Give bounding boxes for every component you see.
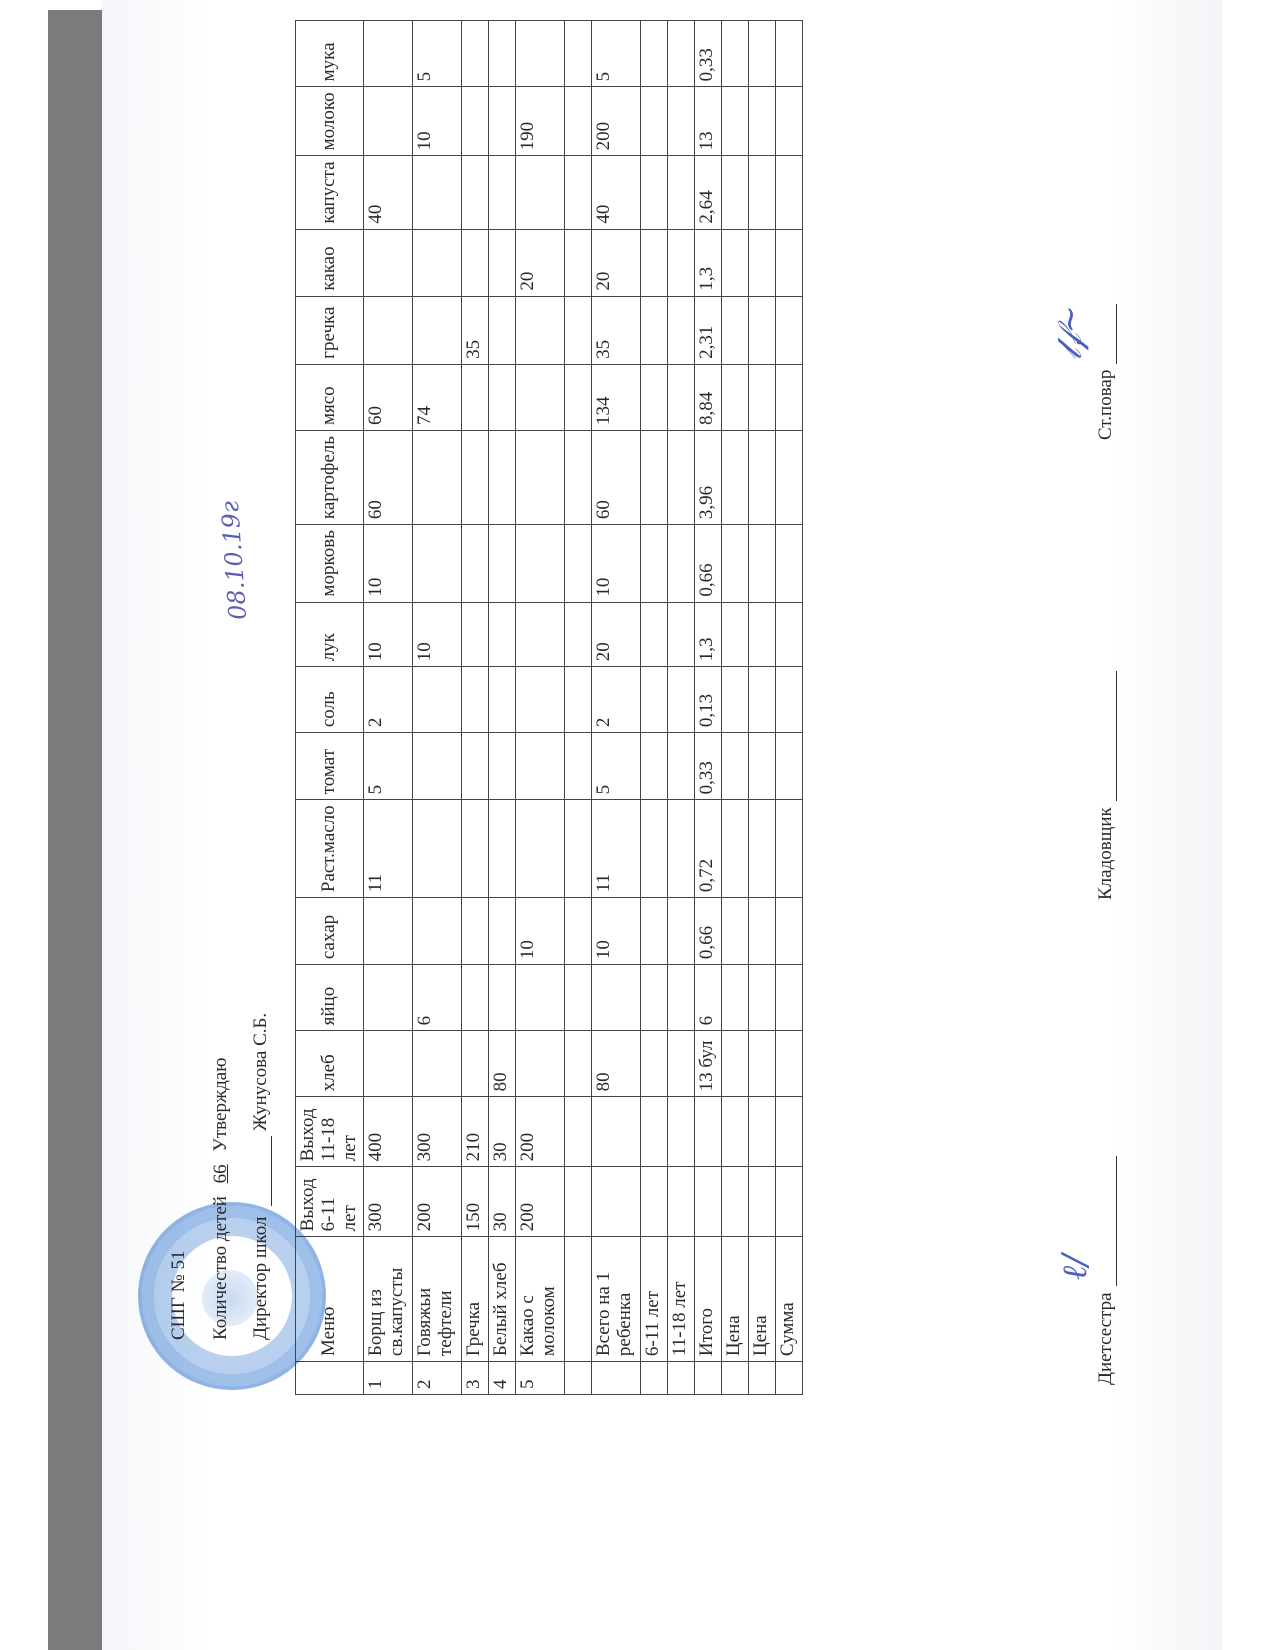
table-cell [461,229,488,296]
table-cell: 0,66 [694,898,721,965]
director-signature-line [253,1136,272,1206]
table-cell: 40 [363,156,412,229]
table-cell [694,1167,721,1237]
rotated-document: СШГ № 51 Количество детей 66 Утверждаю Д… [110,20,1210,1620]
table-cell [640,602,667,667]
table-cell: 60 [363,431,412,525]
table-cell [564,296,591,364]
signature-scribble: 𝓁𝒻~ [1050,305,1090,360]
signature-line [1098,1156,1117,1286]
table-cell: 60 [591,431,640,525]
table-cell: 10 [591,898,640,965]
table-cell [775,525,802,602]
table-cell: Цена [748,1237,775,1362]
table-cell [515,965,564,1031]
table-cell: Говяжьи тефтели [412,1237,461,1362]
table-cell [461,156,488,229]
column-header: соль [296,667,364,733]
table-cell [640,1097,667,1167]
table-cell [748,229,775,296]
table-cell [488,296,515,364]
table-cell [775,965,802,1031]
table-cell [721,667,748,733]
table-cell [591,965,640,1031]
table-cell [564,733,591,800]
table-cell [775,431,802,525]
table-cell [775,1031,802,1097]
table-cell [721,229,748,296]
table-cell [721,87,748,156]
table-cell [721,1167,748,1237]
column-header: мясо [296,364,364,430]
table-cell: 80 [488,1031,515,1097]
chef-signature: Ст.повар [1095,304,1117,440]
table-cell: 200 [591,87,640,156]
column-header: Раст.масло [296,800,364,898]
table-cell [412,1031,461,1097]
table-cell [721,431,748,525]
school-title: СШГ № 51 [168,1251,190,1340]
table-cell: 30 [488,1167,515,1237]
children-count: 66 [210,1164,231,1183]
table-cell: 0,13 [694,667,721,733]
table-cell [363,21,412,87]
column-header: морковь [296,525,364,602]
column-header: яйцо [296,965,364,1031]
table-cell [461,431,488,525]
table-cell [775,87,802,156]
table-cell: 300 [412,1097,461,1167]
table-cell [564,1031,591,1097]
table-cell [721,965,748,1031]
table-cell [461,364,488,430]
table-cell [412,898,461,965]
column-header: Выход 6-11 лет [296,1167,364,1237]
table-cell [721,1031,748,1097]
table-row: 11-18 лет [667,21,694,1395]
table-cell [488,602,515,667]
table-cell [775,1097,802,1167]
table-cell [564,364,591,430]
director-label: Директор школ [250,1217,271,1340]
table-cell: 10 [591,525,640,602]
table-cell [640,364,667,430]
table-row: 6-11 лет [640,21,667,1395]
table-cell [667,733,694,800]
table-cell: 5 [412,21,461,87]
table-cell [640,21,667,87]
table-cell [412,733,461,800]
menu-table: МенюВыход 6-11 летВыход 11-18 летхлебяйц… [295,20,803,1395]
storekeeper-signature: Кладовщик [1095,671,1117,900]
table-cell [694,1362,721,1395]
table-cell [721,156,748,229]
approve-label: Утверждаю [210,1058,231,1152]
table-cell [667,364,694,430]
signature-line [1098,671,1117,801]
table-cell [363,229,412,296]
table-cell [775,156,802,229]
table-cell: 6 [694,965,721,1031]
table-cell: 5 [591,733,640,800]
table-cell [591,1167,640,1237]
dietitian-signature: Диетсестра [1095,1156,1117,1385]
table-cell: 0,33 [694,733,721,800]
table-cell [667,1031,694,1097]
table-cell: 11 [591,800,640,898]
table-cell [564,898,591,965]
table-cell: 400 [363,1097,412,1167]
column-header: хлеб [296,1031,364,1097]
table-cell [748,364,775,430]
table-cell: Сумма [775,1237,802,1362]
table-cell [748,1167,775,1237]
table-cell [640,1031,667,1097]
table-cell [412,667,461,733]
table-cell [748,965,775,1031]
table-cell: 3,96 [694,431,721,525]
table-cell: 20 [591,229,640,296]
table-cell [721,1362,748,1395]
table-cell: 20 [515,229,564,296]
table-cell: 40 [591,156,640,229]
table-cell: Борщ из св.капусты [363,1237,412,1362]
table-cell [640,156,667,229]
table-cell [564,1167,591,1237]
director-line: Директор школ Жунусова С.Б. [250,1013,272,1340]
table-cell [640,296,667,364]
table-cell: 1,3 [694,229,721,296]
table-cell [640,667,667,733]
table-cell [748,1362,775,1395]
table-cell [640,229,667,296]
table-row: 5Какао с молоком2002001020190 [515,21,564,1395]
table-cell [515,156,564,229]
table-cell [564,602,591,667]
table-cell: 1 [363,1362,412,1395]
table-cell [775,602,802,667]
table-cell [721,1097,748,1167]
table-cell [515,296,564,364]
table-cell [667,800,694,898]
table-cell [461,21,488,87]
table-cell: 35 [591,296,640,364]
table-cell: 74 [412,364,461,430]
table-cell: 2,31 [694,296,721,364]
column-header: лук [296,602,364,667]
table-cell: 10 [363,602,412,667]
table-cell [721,800,748,898]
table-cell [748,296,775,364]
table-cell [775,667,802,733]
table-cell [721,602,748,667]
table-cell: 35 [461,296,488,364]
column-header: Выход 11-18 лет [296,1097,364,1167]
table-cell [667,525,694,602]
table-row [564,21,591,1395]
table-cell: Гречка [461,1237,488,1362]
table-cell [564,667,591,733]
column-header: капуста [296,156,364,229]
table-cell: 5 [591,21,640,87]
table-cell [412,156,461,229]
table-cell [564,156,591,229]
table-cell [564,525,591,602]
table-cell [721,296,748,364]
table-cell [564,229,591,296]
column-header: Меню [296,1237,364,1362]
table-cell: 0,72 [694,800,721,898]
table-cell [640,733,667,800]
table-cell [488,525,515,602]
table-cell [640,898,667,965]
table-row: Сумма [775,21,802,1395]
column-header: молоко [296,87,364,156]
table-cell [667,898,694,965]
table-cell [564,1097,591,1167]
table-cell [721,21,748,87]
column-header [296,1362,364,1395]
table-cell: 5 [363,733,412,800]
table-cell [667,965,694,1031]
table-cell [748,733,775,800]
table-cell [748,1031,775,1097]
table-cell [363,1031,412,1097]
table-cell [748,1097,775,1167]
table-cell [667,156,694,229]
table-cell [363,898,412,965]
table-cell: 20 [591,602,640,667]
children-count-label: Количество детей [210,1196,231,1340]
table-cell [363,296,412,364]
table-cell [488,229,515,296]
table-cell [667,229,694,296]
signature-scribble: ℓ/ [1055,1254,1095,1280]
table-row: 3Гречка15021035 [461,21,488,1395]
table-cell [461,602,488,667]
table-cell [775,1167,802,1237]
table-cell: 10 [515,898,564,965]
table-cell [775,364,802,430]
table-cell [461,1031,488,1097]
table-cell [564,431,591,525]
table-row: 4Белый хлеб303080 [488,21,515,1395]
chef-label: Ст.повар [1095,370,1116,440]
table-body: 1Борщ из св.капусты300400115210106060402… [363,21,802,1395]
table-cell: 10 [412,87,461,156]
table-cell [748,525,775,602]
table-cell: 2 [412,1362,461,1395]
column-header: томат [296,733,364,800]
table-cell [591,1097,640,1167]
table-cell [667,1362,694,1395]
table-cell [748,667,775,733]
table-cell: 150 [461,1167,488,1237]
table-cell [640,431,667,525]
table-cell [721,525,748,602]
column-header: мука [296,21,364,87]
table-cell [564,87,591,156]
table-cell [412,525,461,602]
table-cell: 1,3 [694,602,721,667]
table-row: 1Борщ из св.капусты30040011521010606040 [363,21,412,1395]
table-cell [488,156,515,229]
table-cell [564,965,591,1031]
table-cell [515,525,564,602]
table-row: Цена [721,21,748,1395]
table-cell [488,800,515,898]
table-cell [488,965,515,1031]
table-row: Цена [748,21,775,1395]
table-cell [488,667,515,733]
table-cell [694,1097,721,1167]
table-cell: 200 [515,1167,564,1237]
table-cell [775,296,802,364]
column-header: сахар [296,898,364,965]
table-cell [667,296,694,364]
table-cell [775,733,802,800]
table-cell [748,21,775,87]
table-cell [488,364,515,430]
table-cell [488,431,515,525]
table-cell [515,733,564,800]
table-cell [488,87,515,156]
table-cell [775,800,802,898]
table-cell [515,667,564,733]
handwritten-date: 08.10.19г [216,500,252,621]
table-cell [748,431,775,525]
table-cell [667,667,694,733]
table-cell [721,898,748,965]
table-cell [564,1362,591,1395]
table-cell [488,21,515,87]
table-cell [564,21,591,87]
table-cell [564,800,591,898]
table-cell [748,87,775,156]
table-cell [461,965,488,1031]
column-header: какао [296,229,364,296]
table-cell [461,733,488,800]
table-cell: 134 [591,364,640,430]
table-cell [667,1167,694,1237]
table-cell: Итого [694,1237,721,1362]
table-cell [591,1362,640,1395]
table-cell [515,800,564,898]
table-cell [515,21,564,87]
table-cell [748,602,775,667]
table-cell [515,602,564,667]
children-count-line: Количество детей 66 Утверждаю [210,1058,232,1340]
table-cell [721,364,748,430]
table-cell: 60 [363,364,412,430]
table-row: Итого13 бул60,660,720,330,131,30,663,968… [694,21,721,1395]
table-cell: Какао с молоком [515,1237,564,1362]
table-cell: 4 [488,1362,515,1395]
table-cell [461,87,488,156]
table-cell: 11-18 лет [667,1237,694,1362]
table-cell: 0,66 [694,525,721,602]
table-header-row: МенюВыход 6-11 летВыход 11-18 летхлебяйц… [296,21,364,1395]
table-cell [640,1167,667,1237]
table-cell [748,898,775,965]
table-cell [667,1097,694,1167]
table-cell: 2 [363,667,412,733]
table-cell [640,800,667,898]
table-cell: 300 [363,1167,412,1237]
storekeeper-label: Кладовщик [1095,807,1116,900]
table-cell: 10 [412,602,461,667]
table-cell [640,965,667,1031]
table-cell [515,1031,564,1097]
table-cell: Всего на 1 ребенка [591,1237,640,1362]
table-cell: Цена [721,1237,748,1362]
table-cell [640,525,667,602]
table-cell: 2 [591,667,640,733]
signature-line [1098,304,1117,364]
table-cell: 200 [515,1097,564,1167]
table-cell [640,1362,667,1395]
table-cell: 13 [694,87,721,156]
table-cell: 210 [461,1097,488,1167]
table-cell [412,229,461,296]
table-cell [667,602,694,667]
table-cell: 190 [515,87,564,156]
director-name: Жунусова С.Б. [250,1013,271,1131]
table-cell: 3 [461,1362,488,1395]
table-cell: 0,33 [694,21,721,87]
table-cell [775,21,802,87]
table-cell [515,364,564,430]
table-cell [748,156,775,229]
table-cell [412,296,461,364]
table-cell [775,1362,802,1395]
table-cell: 11 [363,800,412,898]
table-cell: 30 [488,1097,515,1167]
column-header: картофель [296,431,364,525]
table-cell [640,87,667,156]
table-cell: 2,64 [694,156,721,229]
table-cell: 8,84 [694,364,721,430]
table-cell [667,21,694,87]
table-cell [667,87,694,156]
table-cell [461,667,488,733]
table-cell: 5 [515,1362,564,1395]
table-row: 2Говяжьи тефтели20030061074105 [412,21,461,1395]
dietitian-label: Диетсестра [1095,1292,1116,1385]
table-cell: 10 [363,525,412,602]
column-header: гречка [296,296,364,364]
table-cell: 200 [412,1167,461,1237]
table-cell: 13 бул [694,1031,721,1097]
table-cell [363,965,412,1031]
table-cell [488,898,515,965]
table-cell [721,733,748,800]
table-cell [412,431,461,525]
table-cell [363,87,412,156]
table-cell [515,431,564,525]
table-cell [564,1237,591,1362]
table-cell [748,800,775,898]
table-cell [412,800,461,898]
table-cell [667,431,694,525]
table-cell [461,525,488,602]
table-cell [461,898,488,965]
table-cell [775,229,802,296]
table-cell [488,733,515,800]
scan-edge [48,10,102,1650]
table-cell: 6 [412,965,461,1031]
table-cell: Белый хлеб [488,1237,515,1362]
